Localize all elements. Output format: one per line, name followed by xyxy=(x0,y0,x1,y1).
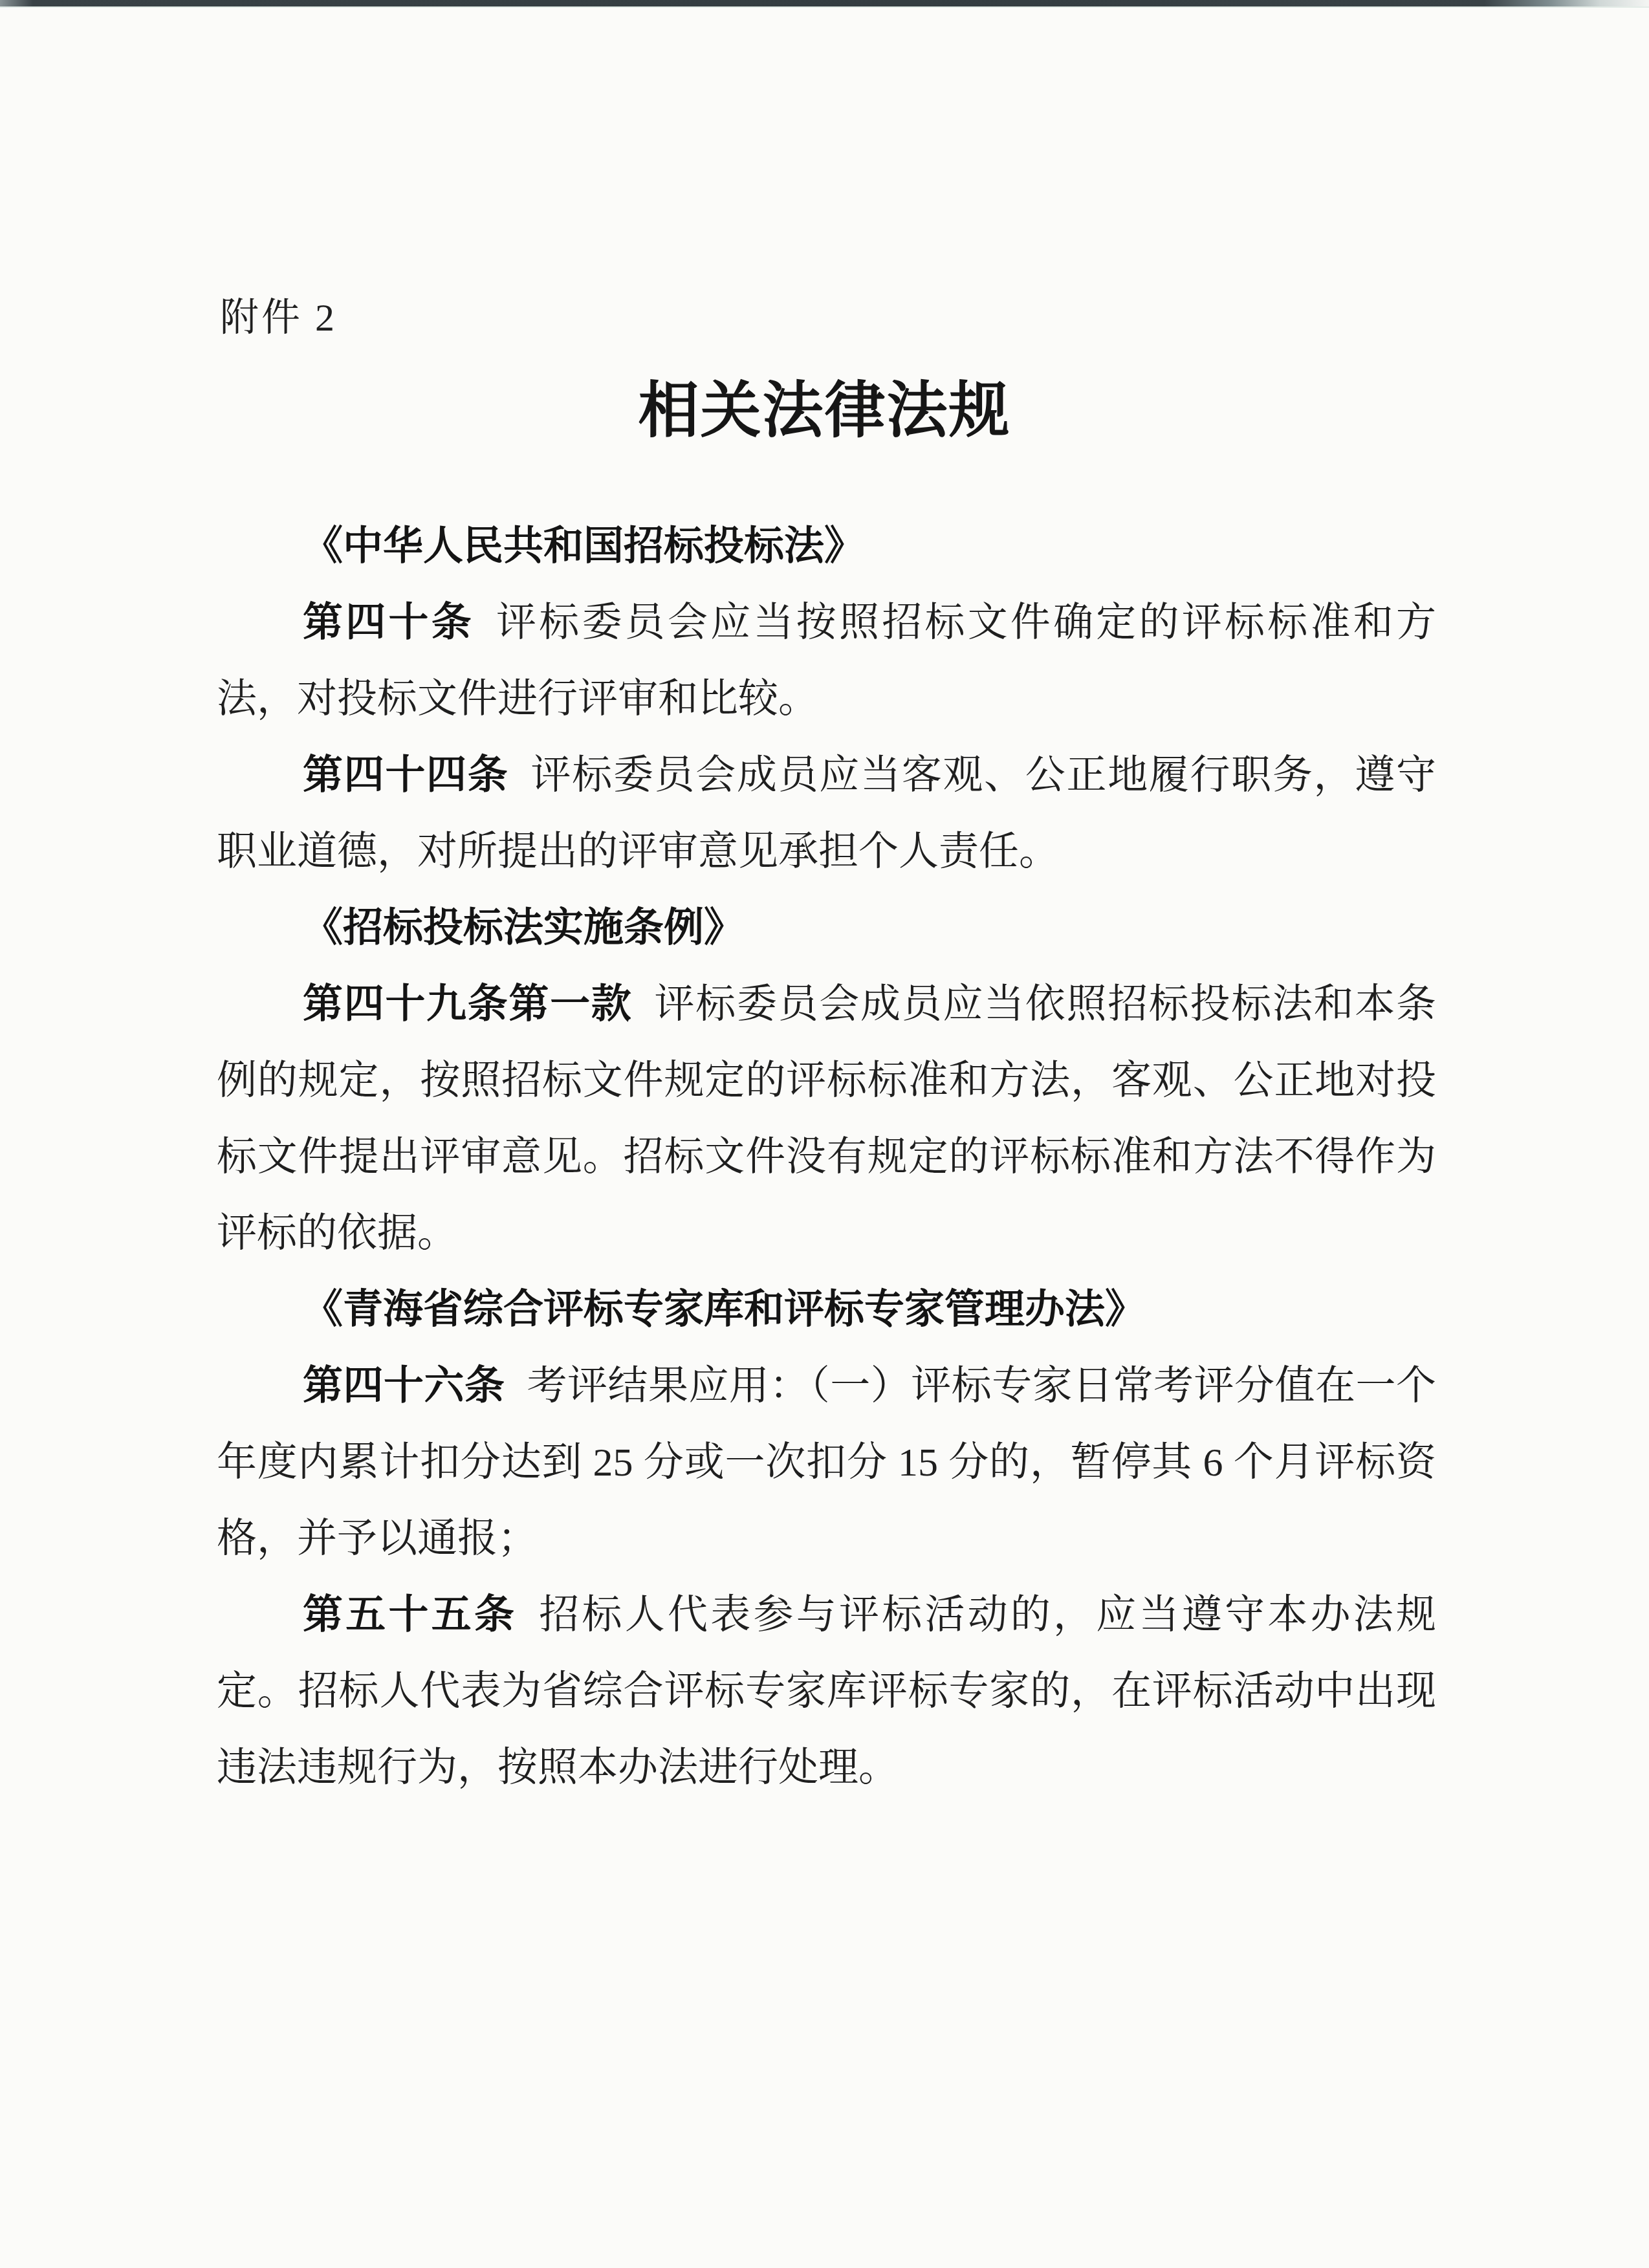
scan-edge-artifact xyxy=(0,0,1649,8)
law-title: 《中华人民共和国招标投标法》 xyxy=(217,508,1436,585)
article-paragraph: 第四十六条考评结果应用：（一）评标专家日常考评分值在一个年度内累计扣分达到 25… xyxy=(217,1348,1436,1577)
law-title: 《青海省综合评标专家库和评标专家管理办法》 xyxy=(217,1272,1436,1348)
article-paragraph: 第四十九条第一款评标委员会成员应当依照招标投标法和本条例的规定，按照招标文件规定… xyxy=(217,966,1436,1272)
article-number-label: 第五十五条 xyxy=(303,1593,517,1637)
attachment-label: 附件 2 xyxy=(220,292,337,343)
document-body: 《中华人民共和国招标投标法》 第四十条评标委员会应当按照招标文件确定的评标标准和… xyxy=(217,508,1436,1806)
article-number-label: 第四十条 xyxy=(303,601,474,645)
article-paragraph: 第四十四条评标委员会成员应当客观、公正地履行职务，遵守职业道德，对所提出的评审意… xyxy=(217,737,1436,890)
article-paragraph: 第四十条评标委员会应当按照招标文件确定的评标标准和方法，对投标文件进行评审和比较… xyxy=(217,585,1436,737)
article-number-label: 第四十四条 xyxy=(303,754,508,798)
article-paragraph: 第五十五条招标人代表参与评标活动的，应当遵守本办法规定。招标人代表为省综合评标专… xyxy=(217,1577,1436,1806)
article-number-label: 第四十六条 xyxy=(303,1364,505,1408)
law-title: 《招标投标法实施条例》 xyxy=(217,890,1436,966)
article-number-label: 第四十九条第一款 xyxy=(303,983,633,1027)
page-title: 相关法律法规 xyxy=(0,366,1649,457)
scanned-document-page: 附件 2 相关法律法规 《中华人民共和国招标投标法》 第四十条评标委员会应当按照… xyxy=(0,0,1649,2268)
